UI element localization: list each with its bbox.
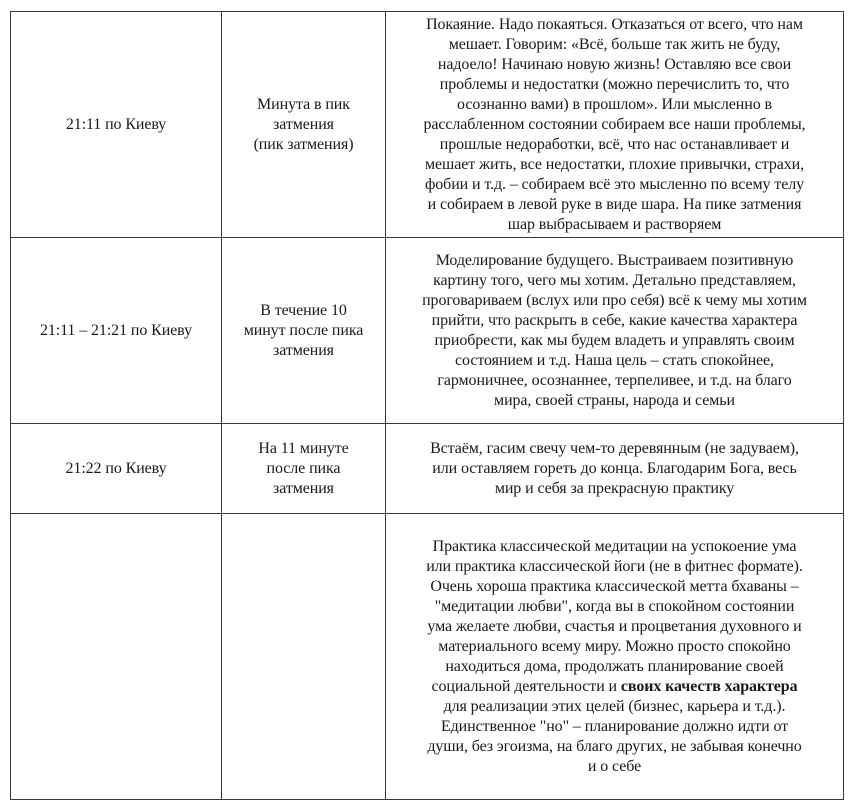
time-text: 21:22 по Киеву xyxy=(66,460,167,477)
description-line: или практика классической йоги (не в фит… xyxy=(390,557,839,577)
description-line: материального всему миру. Можно просто с… xyxy=(390,637,839,657)
eclipse-practice-table: 21:11 по Киеву Минута в пик затмения (пи… xyxy=(10,11,844,800)
when-line: затмения xyxy=(226,479,381,499)
when-line: затмения xyxy=(226,341,381,361)
description-line: мира, своей страны, народа и семьи xyxy=(390,391,839,411)
description-line: шар выбрасываем и растворяем xyxy=(390,215,839,235)
description-cell: Встаём, гасим свечу чем-то деревянным (н… xyxy=(386,424,844,514)
when-line: На 11 минуте xyxy=(226,439,381,459)
description-line: "медитации любви", когда вы в спокойном … xyxy=(390,597,839,617)
description-line: Практика классической медитации на успок… xyxy=(390,537,839,557)
description-line: Единственное "но" – планирование должно … xyxy=(390,717,839,737)
when-line: В течение 10 xyxy=(226,301,381,321)
description-line: находиться дома, продолжать планирование… xyxy=(390,657,839,677)
description-line: ума желаете любви, счастья и процветания… xyxy=(390,617,839,637)
description-line: мир и себя за прекрасную практику xyxy=(390,479,839,499)
when-cell: На 11 минуте после пика затмения xyxy=(222,424,386,514)
description-cell: Покаяние. Надо покаяться. Отказаться от … xyxy=(386,12,844,238)
when-line: после пика xyxy=(226,459,381,479)
when-line: Минута в пик xyxy=(226,95,381,115)
description-line: приобрести, как мы будем владеть и управ… xyxy=(390,331,839,351)
description-line: осознанно вами) в прошлом». Или мысленно… xyxy=(390,95,839,115)
description-line: надоело! Начинаю новую жизнь! Оставляю в… xyxy=(390,55,839,75)
description-line: и о себе xyxy=(390,757,839,777)
description-line: гармоничнее, осознаннее, терпеливее, и т… xyxy=(390,371,839,391)
time-text: 21:11 по Киеву xyxy=(66,116,166,133)
description-text: социальной деятельности и xyxy=(431,678,620,695)
when-cell: В течение 10 минут после пика затмения xyxy=(222,238,386,424)
description-line: души, без эгоизма, на благо других, не з… xyxy=(390,737,839,757)
description-line: Очень хороша практика классической метта… xyxy=(390,577,839,597)
description-line: и собираем в левой руке в виде шара. На … xyxy=(390,195,839,215)
description-line: проблемы и недостатки (можно перечислить… xyxy=(390,75,839,95)
table-row: 21:22 по Киеву На 11 минуте после пика з… xyxy=(11,424,844,514)
time-cell-empty xyxy=(11,514,222,800)
when-cell-empty xyxy=(222,514,386,800)
table-row: Практика классической медитации на успок… xyxy=(11,514,844,800)
description-line: проговариваем (вслух или про себя) всё к… xyxy=(390,291,839,311)
description-line: для реализации этих целей (бизнес, карье… xyxy=(390,697,839,717)
description-cell: Моделирование будущего. Выстраиваем пози… xyxy=(386,238,844,424)
description-line: Покаяние. Надо покаяться. Отказаться от … xyxy=(390,15,839,35)
time-cell: 21:11 по Киеву xyxy=(11,12,222,238)
description-line: мешает. Говорим: «Всё, больше так жить н… xyxy=(390,35,839,55)
description-line: фобии и т.д. – собираем всё это мысленно… xyxy=(390,175,839,195)
description-line: или оставляем гореть до конца. Благодари… xyxy=(390,459,839,479)
time-cell: 21:11 – 21:21 по Киеву xyxy=(11,238,222,424)
description-cell: Практика классической медитации на успок… xyxy=(386,514,844,800)
description-line: прошлые недоработки, всё, что нас остана… xyxy=(390,135,839,155)
description-line: прийти, что раскрыть в себе, какие качес… xyxy=(390,311,839,331)
description-line: Моделирование будущего. Выстраиваем пози… xyxy=(390,251,839,271)
when-line: (пик затмения) xyxy=(226,135,381,155)
description-line-mixed: социальной деятельности и своих качеств … xyxy=(390,677,839,697)
when-line: затмения xyxy=(226,115,381,135)
time-cell: 21:22 по Киеву xyxy=(11,424,222,514)
table-row: 21:11 – 21:21 по Киеву В течение 10 мину… xyxy=(11,238,844,424)
description-line: состоянием и т.д. Наша цель – стать спок… xyxy=(390,351,839,371)
description-line: картину того, чего мы хотим. Детально пр… xyxy=(390,271,839,291)
when-cell: Минута в пик затмения (пик затмения) xyxy=(222,12,386,238)
description-line: расслабленном состоянии собираем все наш… xyxy=(390,115,839,135)
time-text: 21:11 – 21:21 по Киеву xyxy=(40,322,192,339)
description-line: мешает жить, все недостатки, плохие прив… xyxy=(390,155,839,175)
description-line: Встаём, гасим свечу чем-то деревянным (н… xyxy=(390,439,839,459)
description-bold-text: своих качеств характера xyxy=(621,678,798,695)
table-row: 21:11 по Киеву Минута в пик затмения (пи… xyxy=(11,12,844,238)
when-line: минут после пика xyxy=(226,321,381,341)
